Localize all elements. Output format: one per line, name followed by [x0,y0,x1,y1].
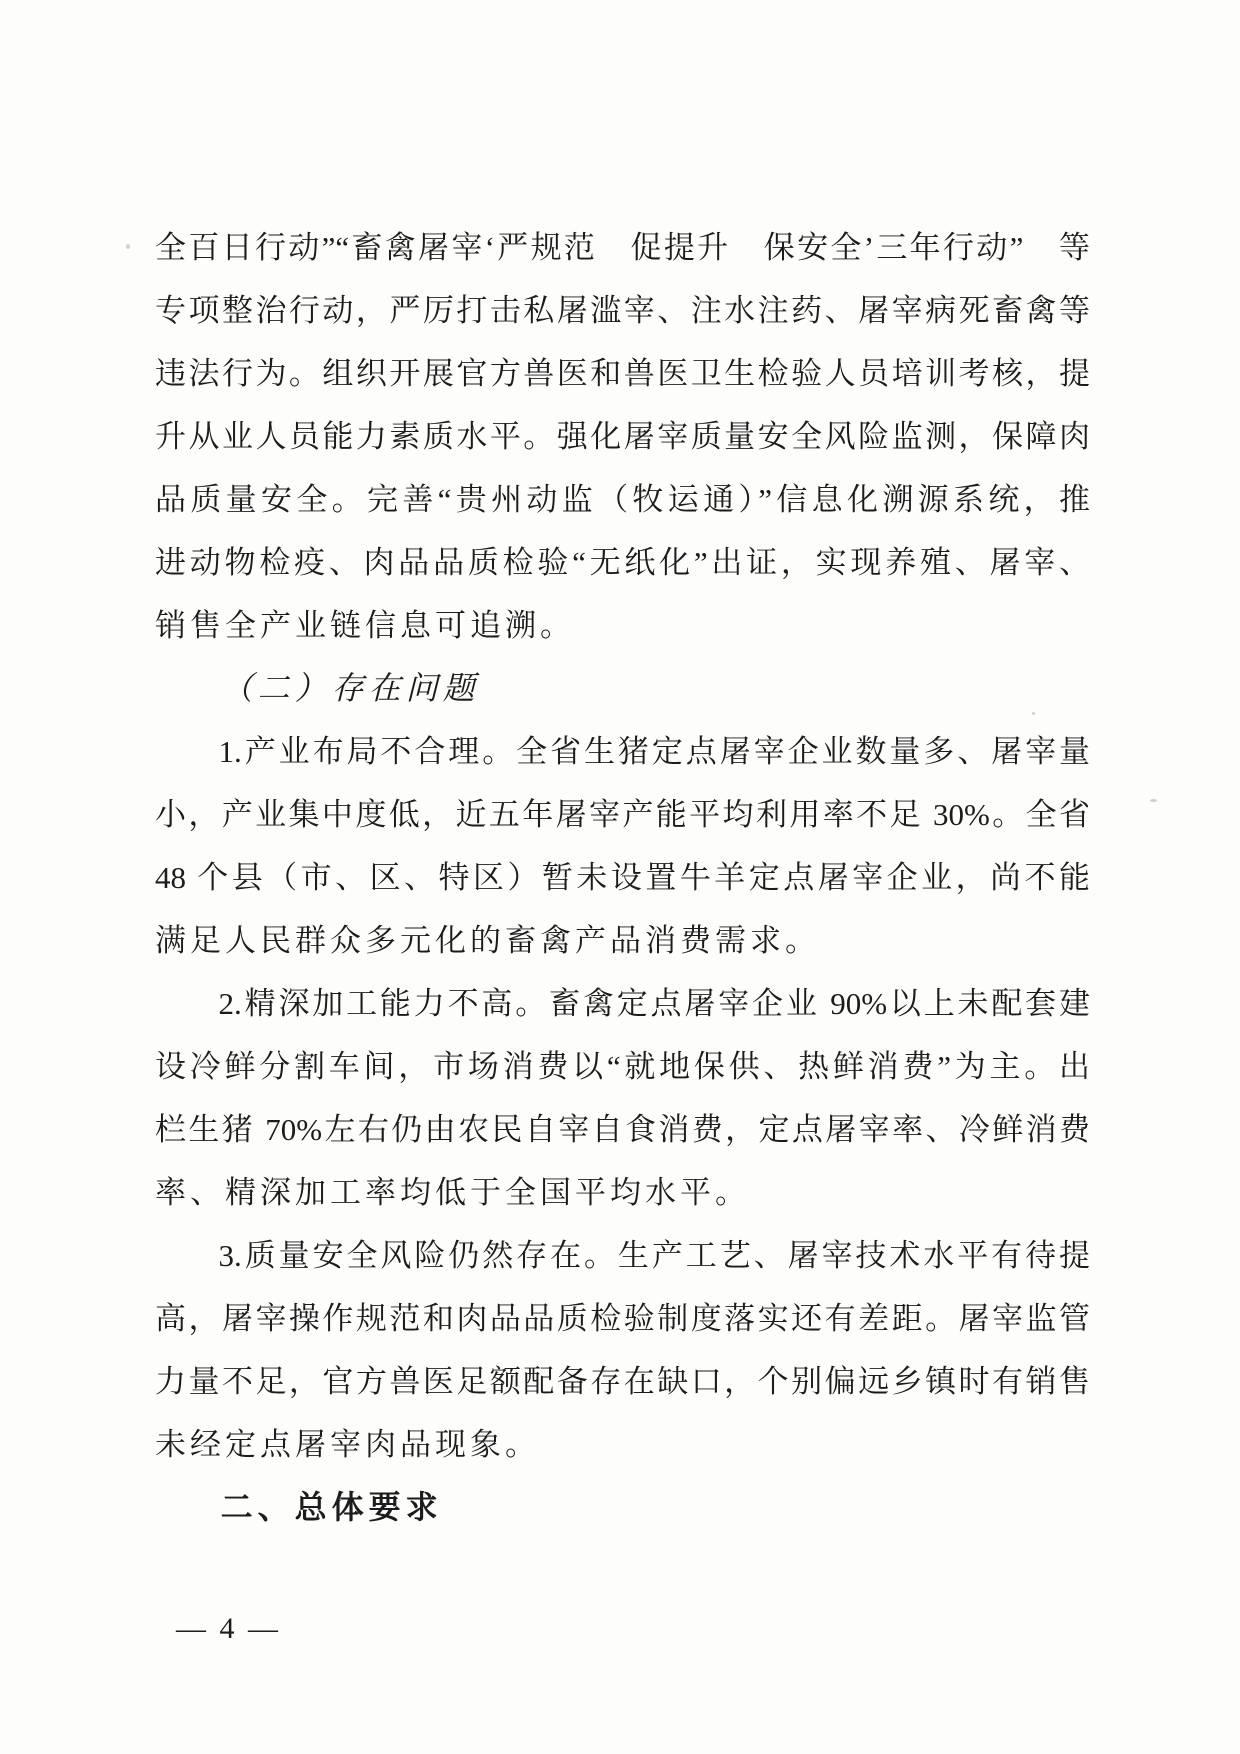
body-line: 率、精深加工率均低于全国平均水平。 [155,1161,1090,1224]
body-line: 专项整治行动，严厉打击私屠滥宰、注水注药、屠宰病死畜禽等 [155,279,1090,342]
body-line: 3.质量安全风险仍然存在。生产工艺、屠宰技术水平有待提 [155,1224,1090,1287]
body-line: 全百日行动”“畜禽屠宰‘严规范 促提升 保安全’三年行动” 等 [155,216,1090,279]
body-line: 满足人民群众多元化的畜禽产品消费需求。 [155,909,1090,972]
body-line: 栏生猪 70%左右仍由农民自宰自食消费，定点屠宰率、冷鲜消费 [155,1098,1090,1161]
page-number: — 4 — [176,1612,281,1646]
section-heading-overall-requirements: 二、总体要求 [155,1476,1090,1539]
body-line: 48 个县（市、区、特区）暂未设置牛羊定点屠宰企业，尚不能 [155,846,1090,909]
body-line: 品质量安全。完善“贵州动监（牧运通）”信息化溯源系统，推 [155,468,1090,531]
body-line: 未经定点屠宰肉品现象。 [155,1413,1090,1476]
scan-speck [1150,799,1157,802]
document-text-block: 全百日行动”“畜禽屠宰‘严规范 促提升 保安全’三年行动” 等专项整治行动，严厉… [155,216,1090,1539]
body-line: 力量不足，官方兽医足额配备存在缺口，个别偏远乡镇时有销售 [155,1350,1090,1413]
body-line: 违法行为。组织开展官方兽医和兽医卫生检验人员培训考核，提 [155,342,1090,405]
body-line: 小，产业集中度低，近五年屠宰产能平均利用率不足 30%。全省 [155,783,1090,846]
body-line: 升从业人员能力素质水平。强化屠宰质量安全风险监测，保障肉 [155,405,1090,468]
body-line: 进动物检疫、肉品品质检验“无纸化”出证，实现养殖、屠宰、 [155,531,1090,594]
body-line: 1.产业布局不合理。全省生猪定点屠宰企业数量多、屠宰量 [155,720,1090,783]
body-line: 设冷鲜分割车间，市场消费以“就地保供、热鲜消费”为主。出 [155,1035,1090,1098]
scan-speck [1032,712,1035,715]
body-line: 高，屠宰操作规范和肉品品质检验制度落实还有差距。屠宰监管 [155,1287,1090,1350]
scan-speck [126,244,130,249]
body-line: 2.精深加工能力不高。畜禽定点屠宰企业 90%以上未配套建 [155,972,1090,1035]
section-heading-existing-problems: （二）存在问题 [155,657,1090,720]
body-line: 销售全产业链信息可追溯。 [155,594,1090,657]
scanned-document-page: 全百日行动”“畜禽屠宰‘严规范 促提升 保安全’三年行动” 等专项整治行动，严厉… [0,0,1240,1754]
